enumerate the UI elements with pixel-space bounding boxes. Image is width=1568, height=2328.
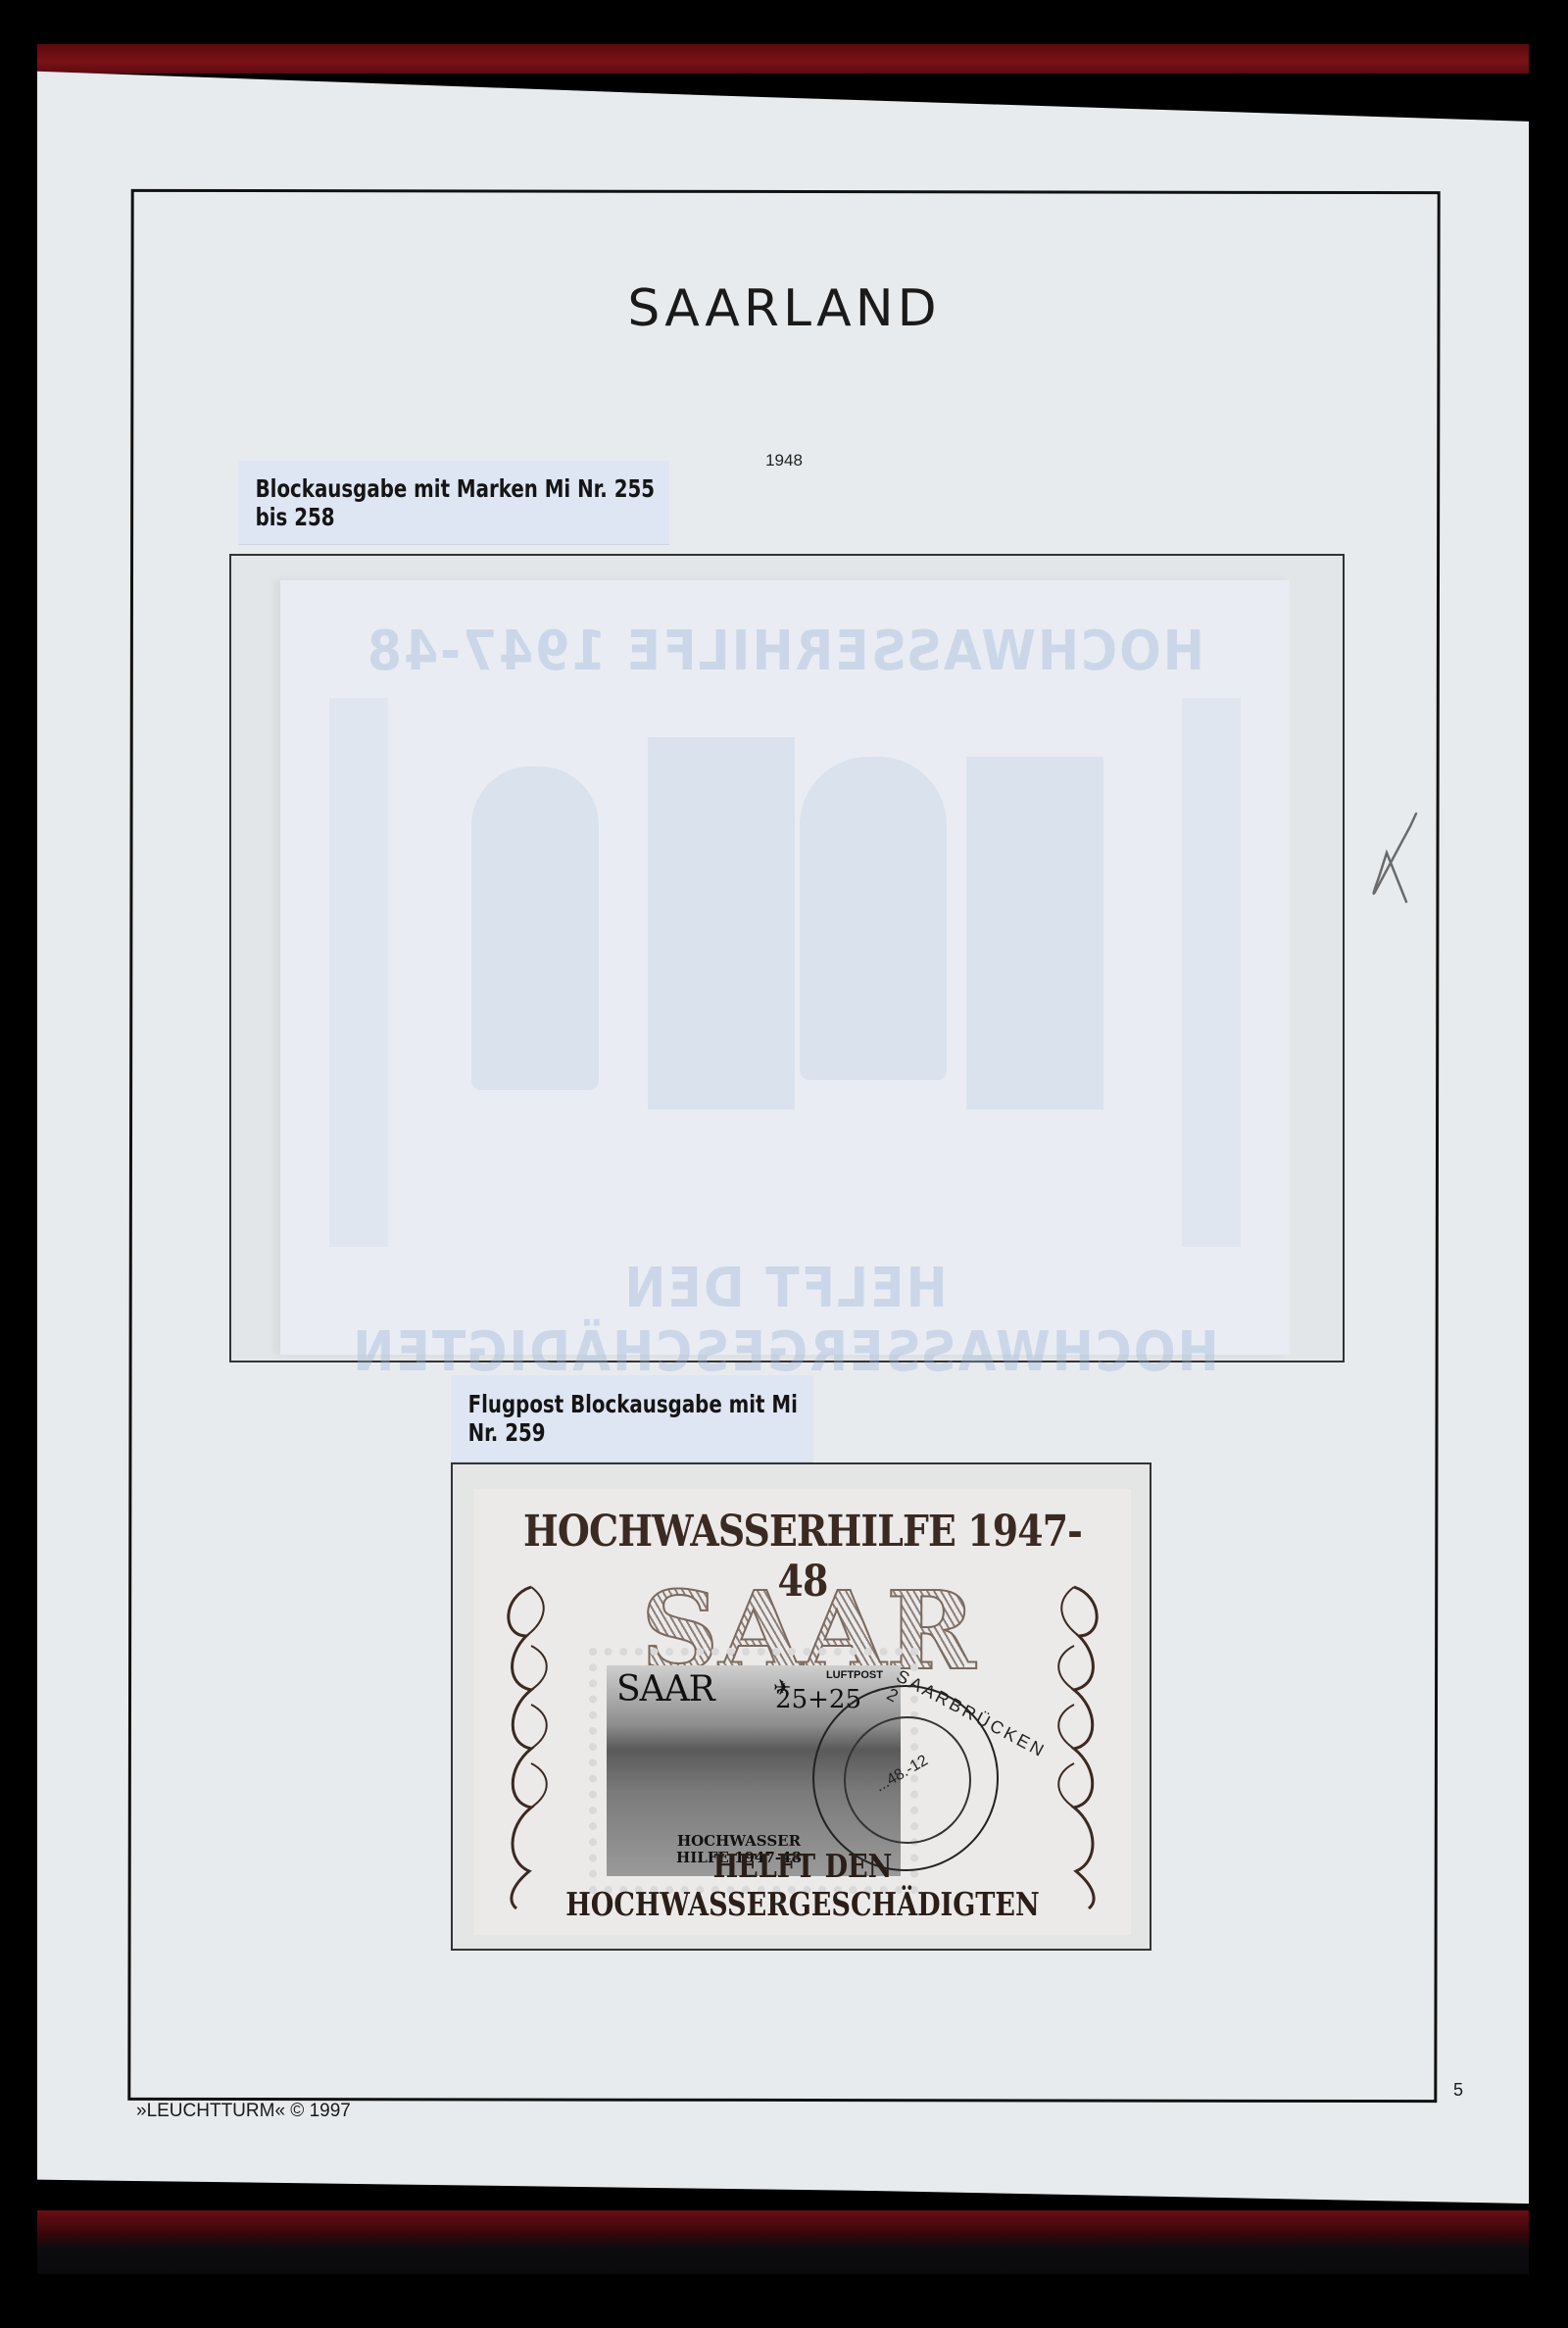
ghost-stamp-portrait-1	[471, 767, 599, 1090]
section-label-text: Blockausgabe mit Marken Mi Nr. 255 bis 2…	[256, 474, 669, 531]
section-label-block-259: Flugpost Blockausgabe mit Mi Nr. 259	[451, 1375, 813, 1461]
souvenir-sheet-faded: HOCHWASSERHILFE 1947-48 HELFT DEN HOCHWA…	[280, 580, 1290, 1355]
pencil-check-mark-icon	[1367, 809, 1426, 907]
souvenir-sheet-airmail: HOCHWASSERHILFE 1947-48 SAAR SAAR ✈ LUFT…	[474, 1489, 1131, 1935]
stamp-mount-block-1[interactable]: HOCHWASSERHILFE 1947-48 HELFT DEN HOCHWA…	[229, 554, 1345, 1362]
page-title: SAARLAND	[0, 279, 1568, 338]
stamp-airmail-label: LUFTPOST	[826, 1669, 883, 1681]
sheet-footer: HELFT DEN HOCHWASSERGESCHÄDIGTEN	[533, 1847, 1071, 1923]
section-label-block-255-258: Blockausgabe mit Marken Mi Nr. 255 bis 2…	[238, 461, 669, 544]
postmark-date: ...48.-12	[872, 1753, 931, 1797]
ghost-stamp-3	[800, 757, 947, 1080]
page-number: 5	[1453, 2080, 1463, 2101]
stamp-mount-block-2[interactable]: HOCHWASSERHILFE 1947-48 SAAR SAAR ✈ LUFT…	[451, 1462, 1151, 1951]
ghost-ornament-left	[329, 698, 388, 1247]
postmark-cancel: SAARBRÜCKEN 2 ...48.-12	[812, 1685, 999, 1871]
ghost-stamp-2	[648, 737, 795, 1110]
publisher-footer: »LEUCHTTURM« © 1997	[136, 2101, 351, 2122]
ghost-top-text: HOCHWASSERHILFE 1947-48	[280, 619, 1290, 683]
ghost-stamp-4	[966, 757, 1103, 1110]
binder-edge-top	[37, 44, 1529, 74]
binder-edge-bottom	[37, 2210, 1529, 2274]
stamp-country: SAAR	[616, 1669, 714, 1709]
page-year: 1948	[0, 451, 1568, 471]
ghost-bottom-text: HELFT DEN HOCHWASSERGESCHÄDIGTEN	[280, 1257, 1290, 1384]
section-label-text: Flugpost Blockausgabe mit Mi Nr. 259	[468, 1390, 813, 1447]
ghost-ornament-right	[1182, 698, 1241, 1247]
